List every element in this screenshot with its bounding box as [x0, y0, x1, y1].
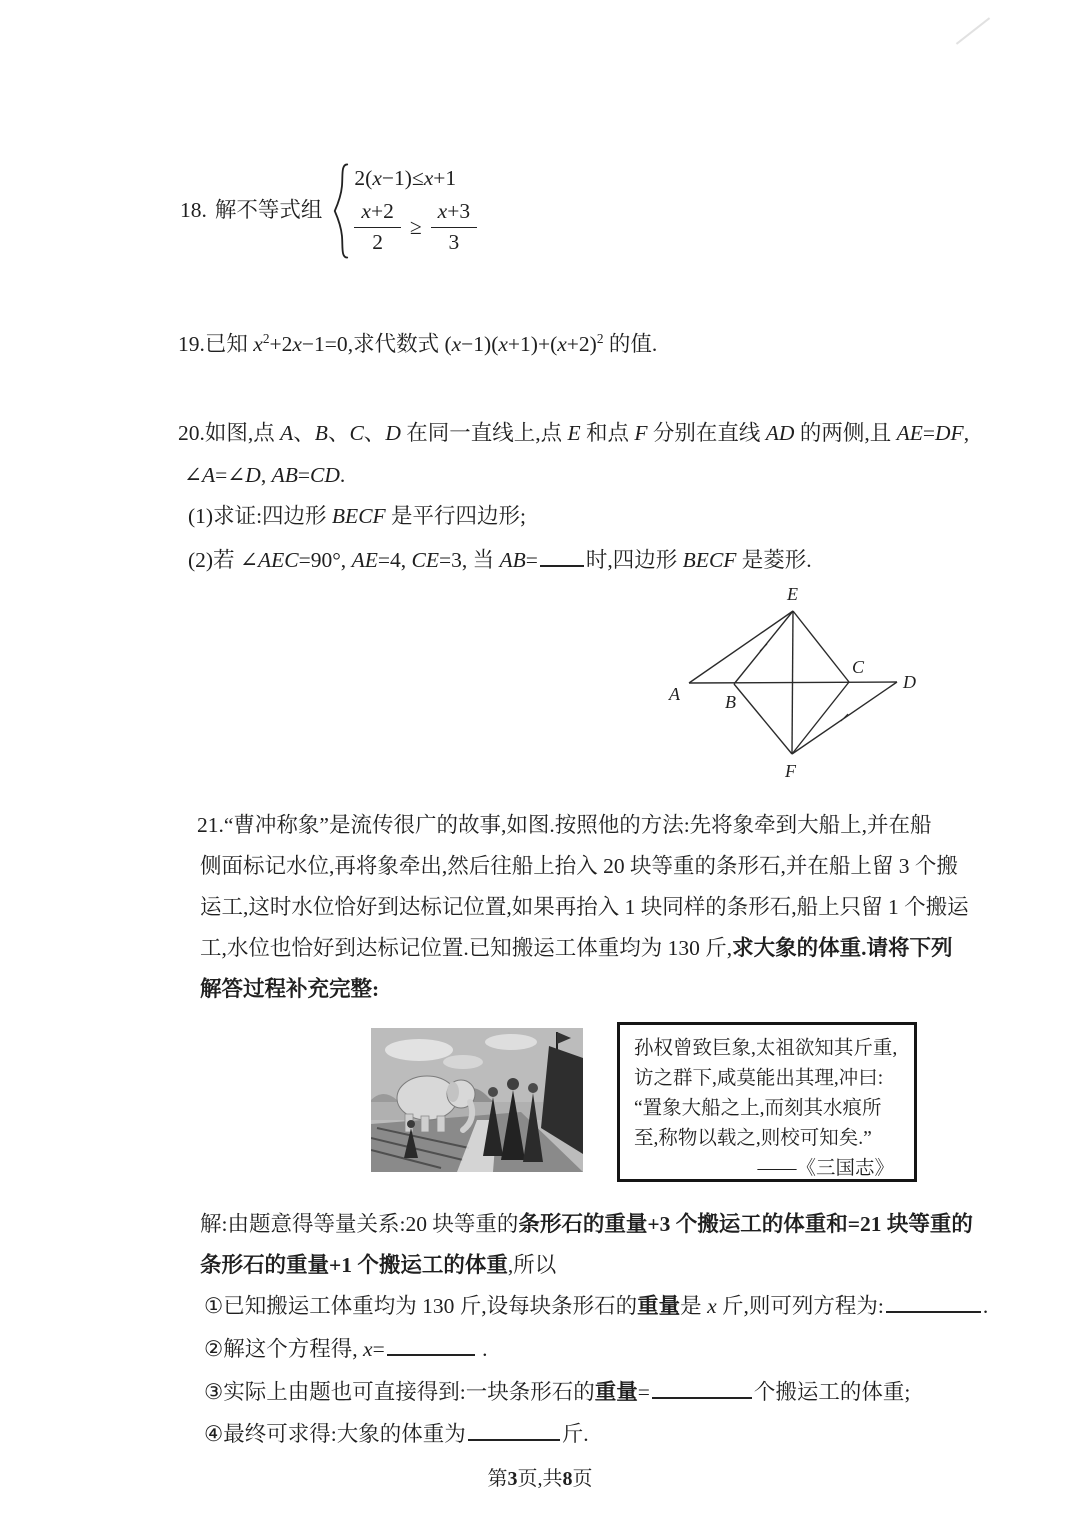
segment-AE [689, 611, 793, 683]
solution-line-2: 条形石的重量+1 个搬运工的体重,所以 [200, 1252, 556, 1280]
problem-21-line-4: 工,水位也恰好到达标记位置.已知搬运工体重均为 130 斤,求大象的体重.请将下… [200, 935, 953, 963]
quote-line: “置象大船之上,而刻其水痕所 [634, 1094, 904, 1124]
quote-line: 孙权曾致巨象,太祖欲知其斤重, [634, 1034, 904, 1064]
problem-20-part-2: (2)若 ∠AEC=90°, AE=4, CE=3, 当 AB=时,四边形 BE… [188, 546, 812, 575]
solution-step-2: ②解这个方程得, x= . [204, 1335, 487, 1364]
page-footer: 第3页,共8页 [0, 1462, 1080, 1491]
answer-blank [540, 546, 584, 567]
inequality-1: 2(x−1)≤x+1 [354, 165, 477, 193]
exam-page: 18. 解不等式组 2(x−1)≤x+1 x+2 2 ≥ x+3 3 19.已知… [0, 0, 1080, 1527]
cloud [443, 1055, 483, 1069]
problem-18: 18. 解不等式组 2(x−1)≤x+1 x+2 2 ≥ x+3 3 [180, 163, 477, 259]
segment-CF [792, 682, 849, 754]
cao-chong-elephant-illustration [371, 1028, 583, 1172]
problem-21-line-2: 侧面标记水位,再将象牵出,然后往船上抬入 20 块等重的条形石,并在船上留 3 … [200, 853, 958, 881]
scan-artifact [956, 17, 990, 44]
solution-step-3: ③实际上由题也可直接得到:一块条形石的重量=个搬运工的体重; [204, 1378, 910, 1407]
answer-blank [387, 1335, 475, 1356]
problem-20-line-2: ∠A=∠D, AB=CD. [184, 462, 345, 490]
quote-attribution: ——《三国志》 [634, 1154, 904, 1184]
solution-step-4: ④最终可求得:大象的体重为斤. [204, 1420, 589, 1449]
solution-line-1: 解:由题意得等量关系:20 块等重的条形石的重量+3 个搬运工的体重和=21 块… [200, 1211, 973, 1239]
problem-20-part-1: (1)求证:四边形 BECF 是平行四边形; [188, 503, 526, 531]
figure-label-F: F [784, 761, 797, 781]
inequality-system: 2(x−1)≤x+1 x+2 2 ≥ x+3 3 [354, 165, 477, 257]
figure-label-B: B [725, 692, 736, 712]
quote-line: 至,称物以载之,则校可知矣.” [634, 1124, 904, 1154]
answer-blank [652, 1378, 752, 1399]
quote-line: 访之群下,咸莫能出其理,冲曰: [634, 1064, 904, 1094]
fraction-left-numerator: x+2 [354, 198, 400, 228]
fraction-right: x+3 3 [431, 198, 477, 257]
cloud [385, 1039, 453, 1061]
segment-EC [793, 611, 849, 682]
inequality-2: x+2 2 ≥ x+3 3 [354, 198, 477, 257]
problem-21-line-1: 21.“曹冲称象”是流传很广的故事,如图.按照他的方法:先将象牵到大船上,并在船 [197, 812, 932, 840]
figure-label-E: E [786, 584, 798, 604]
solution-step-1: ①已知搬运工体重均为 130 斤,设每块条形石的重量是 x 斤,则可列方程为:. [204, 1292, 988, 1321]
figure-lines [689, 611, 897, 754]
problem-21-line-3: 运工,这时水位恰好到达标记位置,如果再抬入 1 块同样的条形石,船上只留 1 个… [200, 894, 969, 922]
sanguozhi-quote-box: 孙权曾致巨象,太祖欲知其斤重, 访之群下,咸莫能出其理,冲曰: “置象大船之上,… [617, 1022, 917, 1182]
cloud [485, 1034, 537, 1050]
problem-21-line-5: 解答过程补充完整: [200, 976, 379, 1004]
tick-mark-BE [760, 644, 767, 651]
brace-path [335, 164, 347, 257]
figure-label-A: A [668, 684, 681, 704]
fraction-left: x+2 2 [354, 198, 400, 257]
system-brace [332, 163, 350, 259]
problem-18-number: 18. [180, 197, 207, 225]
tick-mark-FD [841, 714, 848, 721]
segment-BF [734, 684, 792, 754]
figure-label-D: D [902, 672, 916, 692]
diagonal-EF [792, 611, 793, 754]
answer-blank [468, 1420, 560, 1441]
geq-symbol: ≥ [410, 214, 422, 242]
fraction-right-denominator: 3 [448, 228, 459, 257]
figure-label-C: C [852, 657, 865, 677]
geometry-figure: E A B C D F [648, 584, 938, 789]
fraction-right-numerator: x+3 [431, 198, 477, 228]
answer-blank [886, 1292, 981, 1313]
problem-19: 19.已知 x2+2x−1=0,求代数式 (x−1)(x+1)+(x+2)2 的… [178, 330, 657, 359]
standing-figures [483, 1078, 543, 1162]
problem-20-line-1: 20.如图,点 A、B、C、D 在同一直线上,点 E 和点 F 分别在直线 AD… [178, 420, 969, 448]
problem-18-intro: 解不等式组 [215, 197, 323, 225]
fraction-left-denominator: 2 [372, 228, 383, 257]
